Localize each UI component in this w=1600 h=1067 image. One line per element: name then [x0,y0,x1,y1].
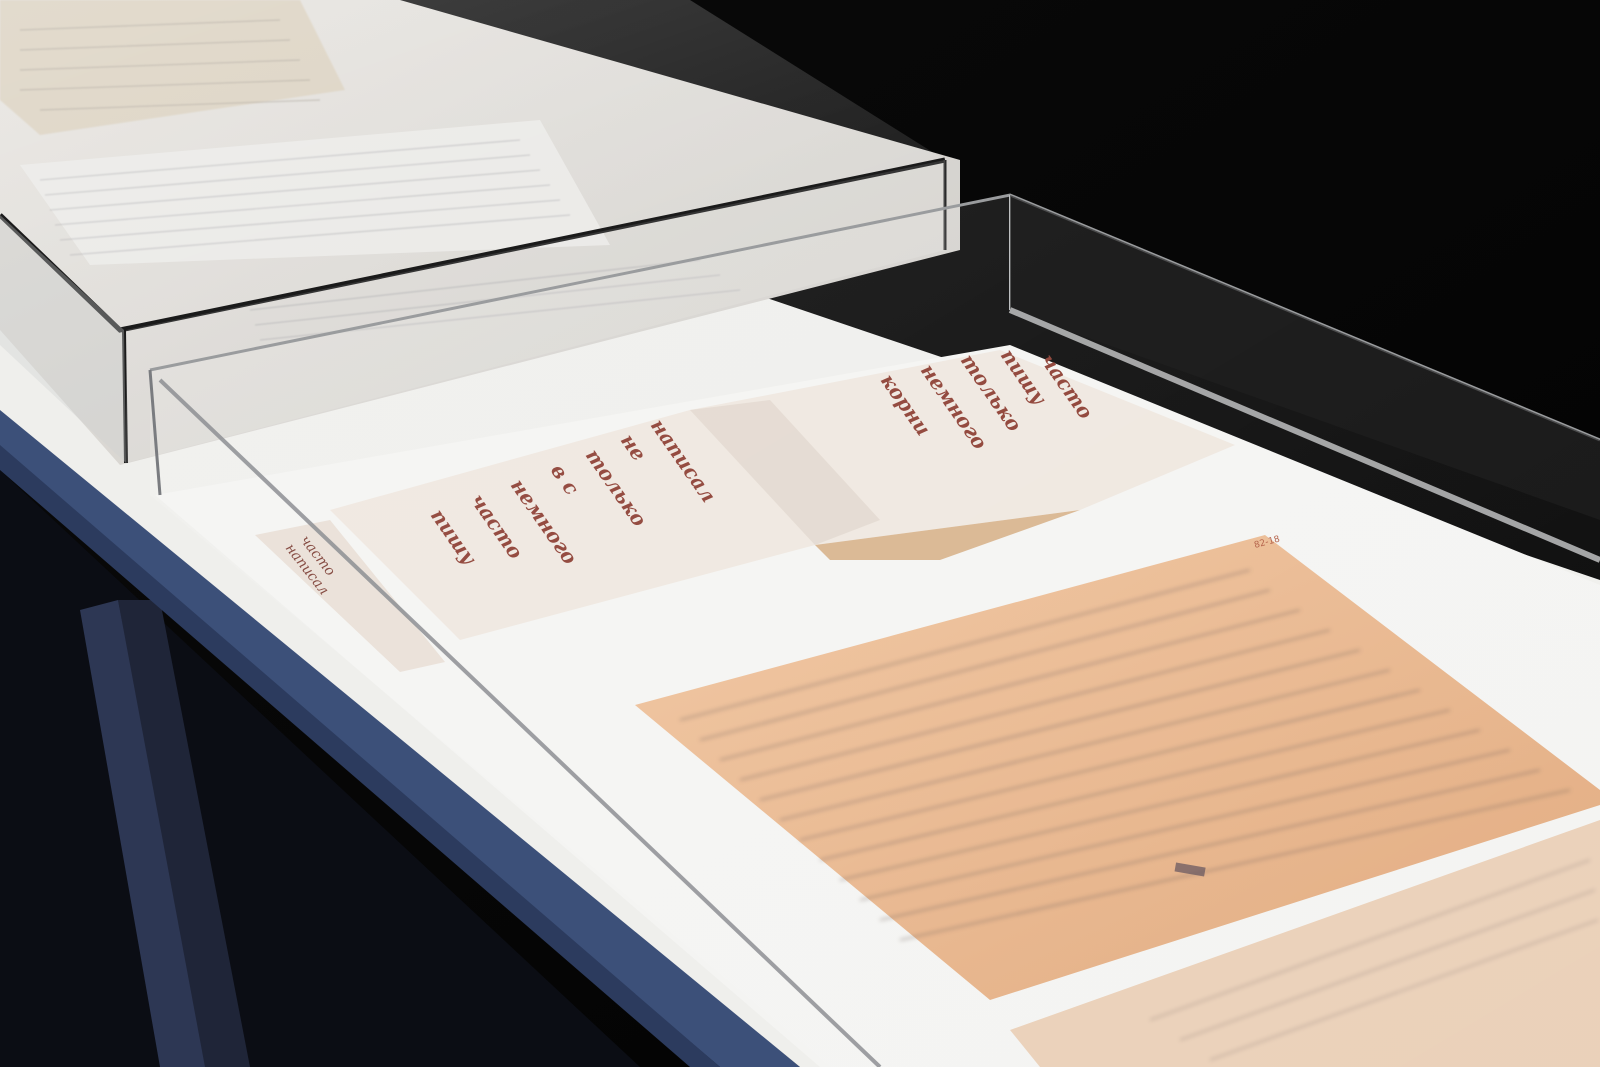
museum-display-photo: написал часто написал не только в с немн… [0,0,1600,1067]
scene-svg: написал часто написал не только в с немн… [0,0,1600,1067]
